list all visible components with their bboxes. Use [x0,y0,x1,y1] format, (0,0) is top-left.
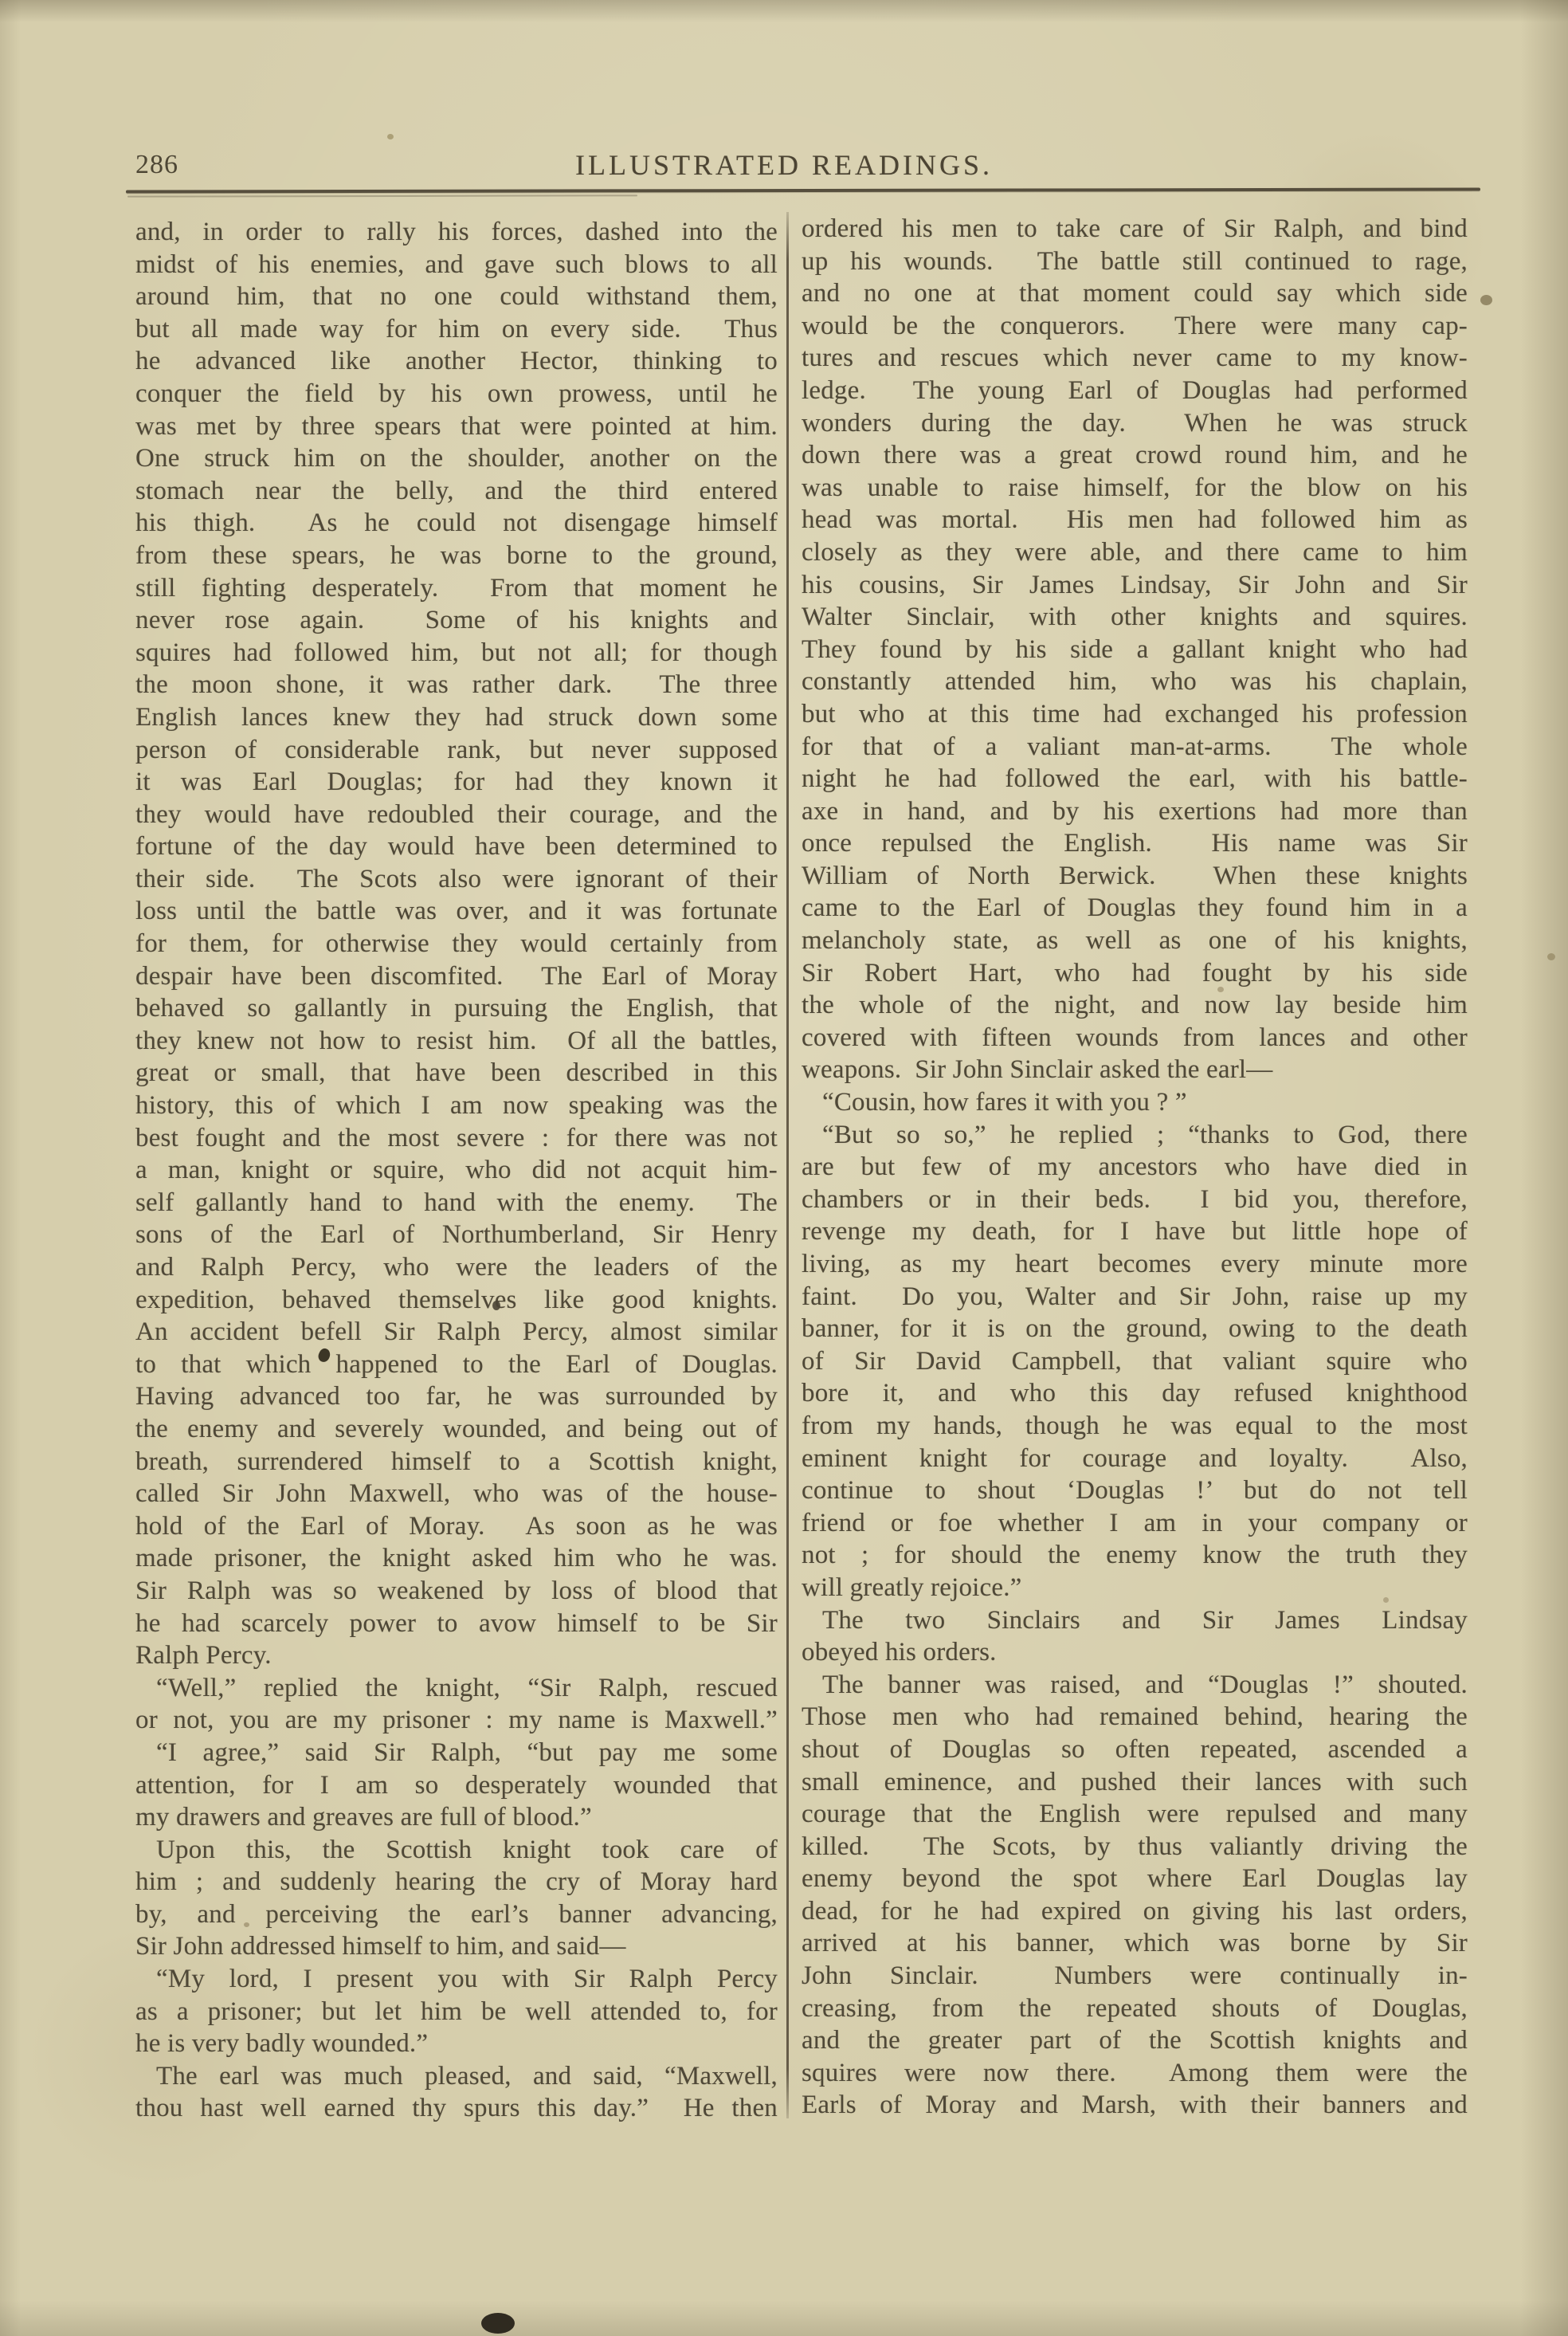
text-line: would be the conquerors. There were many… [802,310,1468,343]
text-line: came to the Earl of Douglas they found h… [802,892,1468,925]
text-line: Sir John addressed himself to him, and s… [135,1930,778,1963]
text-line: for that of a valiant man-at-arms. The w… [802,731,1468,764]
text-line: Sir Ralph was so weakened by loss of blo… [135,1575,778,1608]
text-line: dead, for he had expired on giving his l… [802,1895,1468,1928]
text-line: The earl was much pleased, and said, “Ma… [135,2060,778,2093]
text-line: from these spears, he was borne to the g… [135,540,778,572]
header-rule [126,188,1480,194]
text-line: was met by three spears that were pointe… [135,410,778,443]
text-line: not ; for should the enemy know the trut… [802,1539,1468,1572]
text-line: still fighting desperately. From that mo… [135,572,778,605]
text-line: they would have redoubled their courage,… [135,799,778,831]
column-divider [786,212,789,2118]
text-line: him ; and suddenly hearing the cry of Mo… [135,1866,778,1898]
text-line: enemy beyond the spot where Earl Douglas… [802,1863,1468,1895]
text-line: their side. The Scots also were ignorant… [135,863,778,896]
text-line: continue to shout ‘Douglas !’ but do not… [802,1474,1468,1507]
text-line: he advanced like another Hector, thinkin… [135,345,778,378]
text-line: around him, that no one could withstand … [135,281,778,313]
text-line: the moon shone, it was rather dark. The … [135,669,778,701]
text-line: shout of Douglas so often repeated, asce… [802,1733,1468,1766]
text-line: bore it, and who this day refused knight… [802,1377,1468,1410]
paper-speck [1480,295,1492,305]
text-line: wonders during the day. When he was stru… [802,407,1468,440]
text-line: or not, you are my prisoner : my name is… [135,1704,778,1737]
text-column-right: ordered his men to take care of Sir Ralp… [802,213,1468,2122]
text-line: thou hast well earned thy spurs this day… [135,2092,778,2125]
text-line: loss until the battle was over, and it w… [135,895,778,928]
text-line: down there was a great crowd round him, … [802,439,1468,472]
text-line: Ralph Percy. [135,1639,778,1672]
text-line: Sir Robert Hart, who had fought by his s… [802,957,1468,990]
text-line: called Sir John Maxwell, who was of the … [135,1478,778,1510]
text-line: they knew not how to resist him. Of all … [135,1025,778,1058]
text-line: English lances knew they had struck down… [135,701,778,734]
text-line: William of North Berwick. When these kni… [802,860,1468,893]
text-line: the enemy and severely wounded, and bein… [135,1413,778,1446]
text-line: arrived at his banner, which was borne b… [802,1927,1468,1960]
text-line: revenge my death, for I have but little … [802,1215,1468,1248]
text-line: squires had followed him, but not all; f… [135,637,778,669]
text-line: he is very badly wounded.” [135,2028,778,2060]
text-line: up his wounds. The battle still continue… [802,245,1468,278]
text-line: breath, surrendered himself to a Scottis… [135,1446,778,1478]
text-line: it was Earl Douglas; for had they known … [135,766,778,799]
text-line: chambers or in their beds. I bid you, th… [802,1184,1468,1216]
text-line: person of considerable rank, but never s… [135,734,778,767]
text-line: never rose again. Some of his knights an… [135,604,778,637]
paper-speck [244,1922,249,1927]
text-line: of Sir David Campbell, that valiant squi… [802,1345,1468,1378]
text-line: will greatly rejoice.” [802,1572,1468,1604]
text-line: closely as they were able, and there cam… [802,536,1468,569]
text-line: banner, for it is on the ground, owing t… [802,1313,1468,1345]
text-line: despair have been discomfited. The Earl … [135,960,778,993]
text-line: The banner was raised, and “Douglas !” s… [802,1669,1468,1702]
text-line: attention, for I am so desperately wound… [135,1769,778,1802]
text-line: his cousins, Sir James Lindsay, Sir John… [802,569,1468,602]
ink-blot [492,1301,500,1310]
header-rule-echo [127,194,637,197]
text-line: fortune of the day would have been deter… [135,830,778,863]
text-line: conquer the field by his own prowess, un… [135,378,778,410]
text-line: sons of the Earl of Northumberland, Sir … [135,1219,778,1251]
text-line: obeyed his orders. [802,1636,1468,1669]
paper-mark [481,2313,515,2334]
text-line: Walter Sinclair, with other knights and … [802,601,1468,634]
text-line: my drawers and greaves are full of blood… [135,1801,778,1834]
text-line: as a prisoner; but let him be well atten… [135,1996,778,2028]
text-line: for them, for otherwise they would certa… [135,928,778,960]
text-line: great or small, that have been described… [135,1057,778,1089]
text-line: “I agree,” said Sir Ralph, “but pay me s… [135,1737,778,1769]
text-line: night he had followed the earl, with his… [802,763,1468,795]
text-line: The two Sinclairs and Sir James Lindsay [802,1604,1468,1637]
text-line: John Sinclair. Numbers were continually … [802,1960,1468,1992]
text-line: he had scarcely power to avow himself to… [135,1608,778,1640]
text-line: once repulsed the English. His name was … [802,827,1468,860]
text-line: expedition, behaved themselves like good… [135,1284,778,1317]
text-line: constantly attended him, who was his cha… [802,665,1468,698]
text-line: history, this of which I am now speaking… [135,1089,778,1122]
text-line: “But so so,” he replied ; “thanks to God… [802,1119,1468,1152]
text-line: are but few of my ancestors who have die… [802,1151,1468,1184]
text-line: the whole of the night, and now lay besi… [802,989,1468,1022]
text-line: One struck him on the shoulder, another … [135,442,778,475]
text-line: Those men who had remained behind, heari… [802,1701,1468,1733]
paper-speck [1217,987,1224,992]
text-line: An accident befell Sir Ralph Percy, almo… [135,1316,778,1349]
text-line: and the greater part of the Scottish kni… [802,2024,1468,2057]
text-line: Earls of Moray and Marsh, with their ban… [802,2089,1468,2122]
text-line: and Ralph Percy, who were the leaders of… [135,1251,778,1284]
text-line: hold of the Earl of Moray. As soon as he… [135,1510,778,1543]
text-column-left: and, in order to rally his forces, dashe… [135,216,778,2125]
text-line: but who at this time had exchanged his p… [802,698,1468,731]
text-line: stomach near the belly, and the third en… [135,475,778,508]
text-line: living, as my heart becomes every minute… [802,1248,1468,1281]
text-line: his thigh. As he could not disengage him… [135,507,778,540]
paper-speck [387,134,394,139]
text-line: to that which happened to the Earl of Do… [135,1349,778,1381]
paper-speck [1547,953,1555,960]
text-line: killed. The Scots, by thus valiantly dri… [802,1831,1468,1863]
text-line: small eminence, and pushed their lances … [802,1766,1468,1799]
text-line: weapons. Sir John Sinclair asked the ear… [802,1054,1468,1086]
text-line: tures and rescues which never came to my… [802,342,1468,375]
text-line: squires were now there. Among them were … [802,2057,1468,2090]
text-line: “My lord, I present you with Sir Ralph P… [135,1963,778,1996]
page-title: ILLUSTRATED READINGS. [0,148,1568,182]
paper-speck [1383,1597,1389,1603]
text-line: eminent knight for courage and loyalty. … [802,1443,1468,1475]
text-line: ordered his men to take care of Sir Ralp… [802,213,1468,245]
text-line: by, and perceiving the earl’s banner adv… [135,1898,778,1931]
text-line: They found by his side a gallant knight … [802,634,1468,666]
text-line: and, in order to rally his forces, dashe… [135,216,778,249]
text-line: best fought and the most severe : for th… [135,1122,778,1155]
text-line: creasing, from the repeated shouts of Do… [802,1992,1468,2025]
text-line: axe in hand, and by his exertions had mo… [802,795,1468,828]
text-line: covered with fifteen wounds from lances … [802,1022,1468,1054]
text-line: head was mortal. His men had followed hi… [802,504,1468,536]
text-line: ledge. The young Earl of Douglas had per… [802,375,1468,407]
text-line: “Cousin, how fares it with you ? ” [802,1086,1468,1119]
text-line: “Well,” replied the knight, “Sir Ralph, … [135,1672,778,1705]
text-line: a man, knight or squire, who did not acq… [135,1154,778,1187]
text-line: behaved so gallantly in pursuing the Eng… [135,992,778,1025]
text-line: faint. Do you, Walter and Sir John, rais… [802,1281,1468,1313]
text-line: Upon this, the Scottish knight took care… [135,1834,778,1867]
text-line: made prisoner, the knight asked him who … [135,1542,778,1575]
text-line: self gallantly hand to hand with the ene… [135,1187,778,1219]
text-line: was unable to raise himself, for the blo… [802,472,1468,504]
text-line: midst of his enemies, and gave such blow… [135,249,778,281]
text-line: but all made way for him on every side. … [135,313,778,346]
text-line: friend or foe whether I am in your compa… [802,1507,1468,1540]
text-line: courage that the English were repulsed a… [802,1798,1468,1831]
book-page: 286 ILLUSTRATED READINGS. and, in order … [0,0,1568,2336]
text-line: melancholy state, as well as one of his … [802,925,1468,957]
text-line: Having advanced too far, he was surround… [135,1380,778,1413]
text-line: from my hands, though he was equal to th… [802,1410,1468,1443]
text-line: and no one at that moment could say whic… [802,277,1468,310]
